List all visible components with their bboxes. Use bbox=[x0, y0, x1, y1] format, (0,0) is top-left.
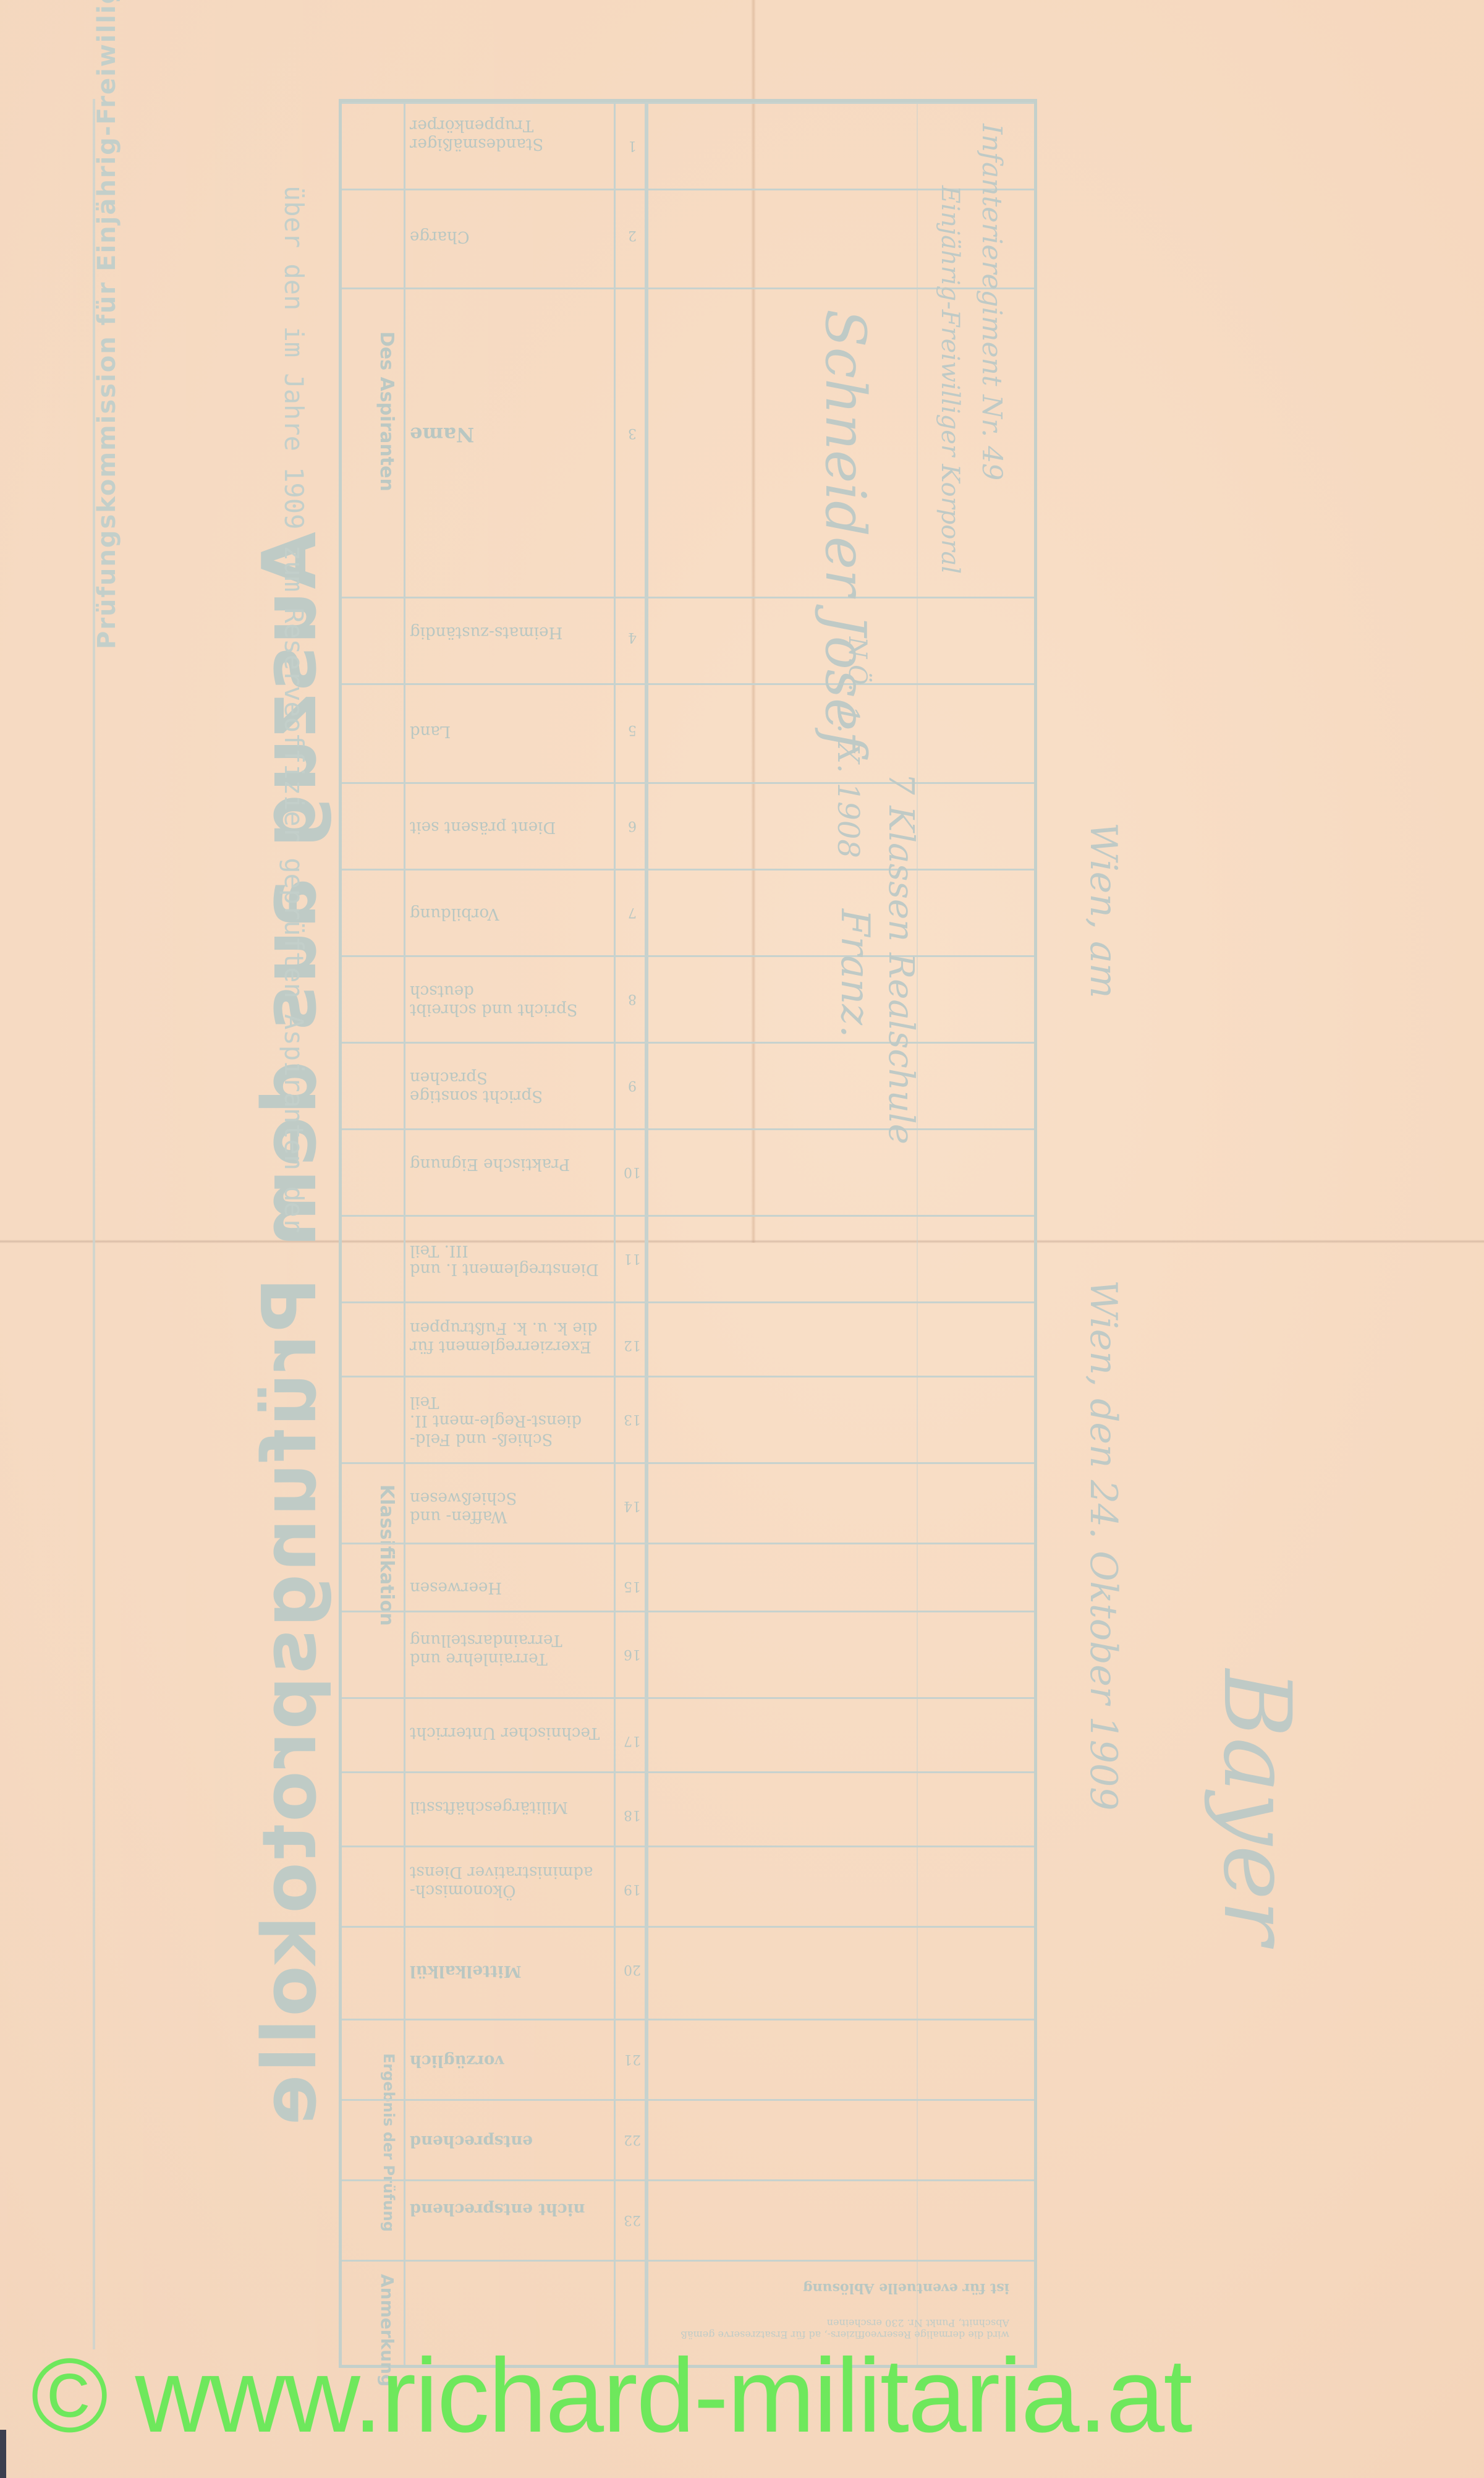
row-label: Waffen- und Schießwesen bbox=[410, 1489, 608, 1526]
row-label: Praktische Eignung bbox=[410, 1155, 608, 1173]
table-row: Heerwesen 15 bbox=[342, 1543, 1034, 1544]
table-row: Waffen- und Schießwesen 14 bbox=[342, 1462, 1034, 1464]
row-label: vorzüglich bbox=[410, 2051, 608, 2070]
handwritten-place-date-1: Wien, am bbox=[1082, 822, 1125, 998]
row-label: Heimats-zuständig bbox=[410, 623, 608, 642]
handwritten-land: N.Ö. bbox=[843, 637, 871, 691]
row-label: Name bbox=[410, 425, 608, 444]
group-classification: Klassifikation bbox=[348, 1277, 397, 1833]
table-row: Heimats-zuständig 4 bbox=[342, 597, 1034, 685]
scan-edge bbox=[0, 2430, 6, 2478]
row-label: Dient präsent seit bbox=[410, 818, 608, 837]
table-row: Dient präsent seit 6 bbox=[342, 782, 1034, 871]
row-number: 8 bbox=[620, 991, 645, 1007]
table-row: Name 3 bbox=[342, 287, 1034, 598]
row-number: 12 bbox=[620, 1337, 645, 1353]
row-label: Technischer Unterricht bbox=[410, 1724, 608, 1742]
row-number: 3 bbox=[620, 425, 645, 441]
row-label: Exerzierreglement für die k. u. k. Fußtr… bbox=[410, 1319, 608, 1356]
row-label: Charge bbox=[410, 228, 608, 246]
row-number: 5 bbox=[620, 722, 645, 738]
table-row: nicht entsprechend 23 bbox=[342, 2179, 1034, 2181]
row-number: 18 bbox=[620, 1807, 645, 1823]
row-label: Schieß- und Feld-dienst-Regle-ment II. T… bbox=[410, 1393, 608, 1449]
commission-heading: Prüfungskommission für Einjährig-Freiwil… bbox=[93, 0, 121, 649]
group-result: Ergebnis der Prüfung bbox=[348, 2025, 397, 2260]
exam-record-table: Des Aspiranten Standesmäßiger Truppenkör… bbox=[339, 99, 1037, 2368]
handwritten-charge: Einjährig-Freiwilliger Korporal bbox=[936, 185, 964, 574]
table-row: Technischer Unterricht 17 bbox=[342, 1697, 1034, 1699]
row-number: 6 bbox=[620, 818, 645, 833]
row-number: 7 bbox=[620, 905, 645, 920]
table-row: Exerzierreglement für die k. u. k. Fußtr… bbox=[342, 1301, 1034, 1303]
row-number: 21 bbox=[620, 2051, 645, 2067]
table-row: Charge 2 bbox=[342, 189, 1034, 289]
copyright-watermark: © www.richard-militaria.at bbox=[31, 2343, 1192, 2448]
row-number: 20 bbox=[620, 1962, 645, 1977]
handwritten-education: 7 Klassen Realschule bbox=[881, 773, 921, 1144]
table-row: Vorbildung 7 bbox=[342, 869, 1034, 957]
handwritten-place-date-2: Wien, den 24. Oktober 1909 bbox=[1082, 1280, 1125, 1810]
row-number: 11 bbox=[620, 1251, 645, 1266]
table-row: Militärgeschäftsstil 18 bbox=[342, 1771, 1034, 1773]
handwritten-since: 1. X. 1908 bbox=[831, 705, 865, 858]
remark-text: ist für eventuelle Ablösung bbox=[663, 2280, 1009, 2296]
handwritten-unit: Infanterieregiment Nr. 49 bbox=[976, 124, 1007, 480]
row-number: 22 bbox=[620, 2132, 645, 2147]
row-label: Dienstreglement I. und III. Teil bbox=[410, 1241, 608, 1279]
row-number: 10 bbox=[620, 1164, 645, 1180]
row-label: nicht entsprechend bbox=[410, 2200, 608, 2218]
row-label: Vorbildung bbox=[410, 905, 608, 923]
row-label: entsprechend bbox=[410, 2132, 608, 2150]
row-label: Spricht sonstige Sprachen bbox=[410, 1068, 608, 1105]
table-row-remarks: Anmerkung ist für eventuelle Ablösung wi… bbox=[342, 2260, 1034, 2262]
table-row: Dienstreglement I. und III. Teil 11 bbox=[342, 1215, 1034, 1217]
row-number: 23 bbox=[620, 2212, 645, 2228]
row-number: 9 bbox=[620, 1078, 645, 1093]
table-row: Spricht und schreibt deutsch 8 bbox=[342, 955, 1034, 1044]
table-row: vorzüglich 21 bbox=[342, 2019, 1034, 2020]
row-label: Terrainlehre und Terraindarstellung bbox=[410, 1631, 608, 1668]
table-row-average: Mittelkalkül 20 bbox=[342, 1926, 1034, 1928]
table-row: Standesmäßiger Truppenkörper 1 bbox=[342, 102, 1034, 190]
table-row: Spricht sonstige Sprachen 9 bbox=[342, 1042, 1034, 1130]
table-row: Praktische Eignung 10 bbox=[342, 1128, 1034, 1130]
row-number: 14 bbox=[620, 1498, 645, 1514]
row-number: 1 bbox=[620, 138, 645, 153]
table-row: Land 5 bbox=[342, 683, 1034, 784]
row-label: Spricht und schreibt deutsch bbox=[410, 982, 608, 1019]
row-label: Land bbox=[410, 722, 608, 741]
handwritten-signature: Bayer bbox=[1203, 1669, 1310, 1944]
document-subtitle: über den im Jahre 1909 zum Reserveoffizi… bbox=[279, 185, 309, 1233]
row-label: Militärgeschäftsstil bbox=[410, 1798, 608, 1816]
row-number: 19 bbox=[620, 1881, 645, 1897]
row-number: 2 bbox=[620, 228, 645, 243]
row-number: 4 bbox=[620, 629, 645, 645]
row-label: Mittelkalkül bbox=[410, 1962, 608, 1980]
table-row: Schieß- und Feld-dienst-Regle-ment II. T… bbox=[342, 1376, 1034, 1377]
row-number: 15 bbox=[620, 1578, 645, 1594]
table-row: Ökonomisch-administrativer Dienst 19 bbox=[342, 1846, 1034, 1847]
row-number: 13 bbox=[620, 1411, 645, 1427]
row-label: Ökonomisch-administrativer Dienst bbox=[410, 1863, 608, 1900]
row-label: Standesmäßiger Truppenkörper bbox=[410, 116, 608, 153]
row-label: Heerwesen bbox=[410, 1578, 608, 1597]
row-number: 17 bbox=[620, 1733, 645, 1748]
handwritten-languages: Franz. bbox=[832, 909, 878, 1037]
row-number: 16 bbox=[620, 1646, 645, 1662]
table-row: entsprechend 22 bbox=[342, 2099, 1034, 2101]
table-row: Terrainlehre und Terraindarstellung 16 bbox=[342, 1611, 1034, 1612]
